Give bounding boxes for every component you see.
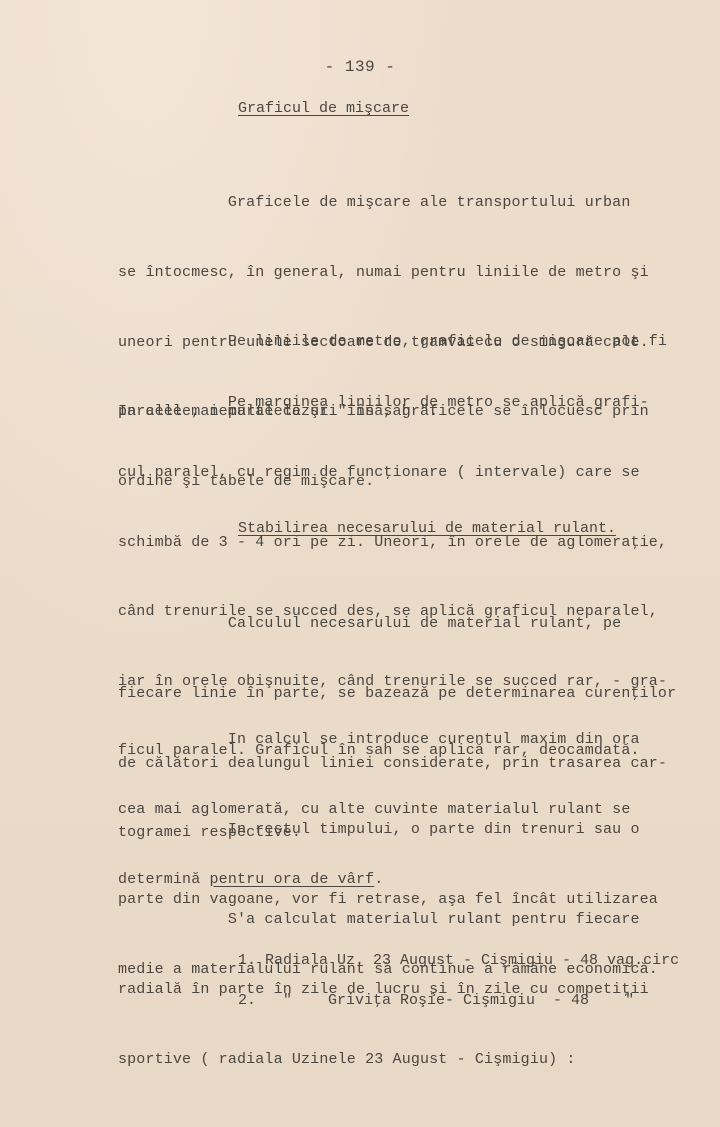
page-number: - 139 - (0, 58, 720, 76)
list-item-radiala-1: 1. Radiala Uz. 23 August - Cişmigiu - 48… (238, 952, 679, 969)
section-heading-graficul: Graficul de mişcare (238, 100, 409, 117)
text-line: Calculul necesarului de material rulant,… (118, 612, 720, 635)
text-line: se întocmesc, în general, numai pentru l… (118, 261, 720, 284)
text-line: sportive ( radiala Uzinele 23 August - C… (118, 1048, 720, 1071)
text-line: S'a calculat materialul rulant pentru fi… (118, 908, 720, 931)
text-line: Graficele de mişcare ale transportului u… (118, 191, 720, 214)
text-line: In calcul se introduce curentul maxim di… (118, 728, 720, 751)
list-item-radiala-2: 2. " Griviţa Roşie- Cişmigiu - 48 " (238, 992, 634, 1009)
text-line: In restul timpului, o parte din trenuri … (118, 818, 720, 841)
paragraph-s-a-calculat: S'a calculat materialul rulant pentru fi… (118, 862, 720, 1117)
section-heading-stabilirea: Stabilirea necesarului de material rulan… (238, 520, 616, 537)
text-line: Pe marginea liniilor de metro se aplică … (118, 391, 720, 414)
text-line: cul paralel, cu regim de funcţionare ( i… (118, 461, 720, 484)
